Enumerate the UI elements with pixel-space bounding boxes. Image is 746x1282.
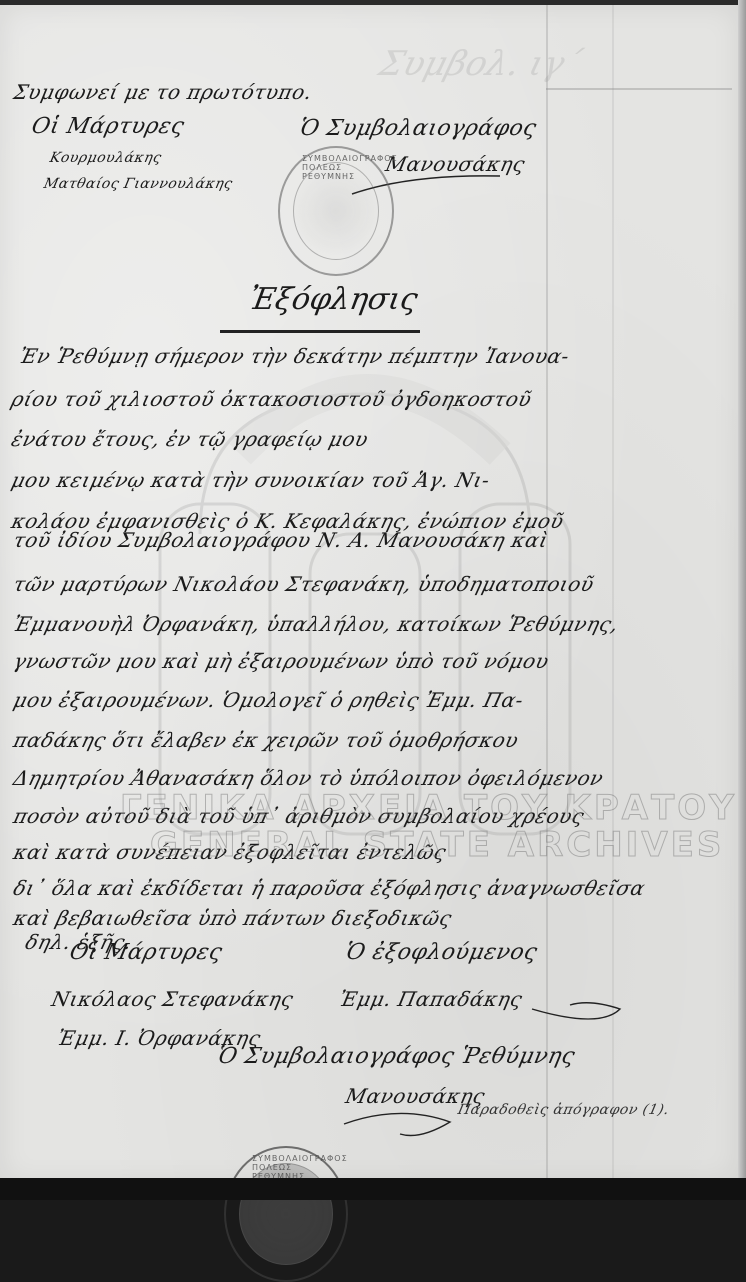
body-line-3: ἐνάτου ἔτους, ἐν τῷ γραφείῳ μου bbox=[9, 427, 371, 451]
margin-note: Παραδοθεὶς ἀπόγραφον (1). bbox=[456, 1102, 670, 1118]
witness-name-1: Κουρμουλάκης bbox=[48, 150, 163, 166]
signature-flourish-party bbox=[530, 999, 630, 1039]
scan-right-edge bbox=[738, 0, 746, 1200]
body-line-11: παδάκης ὅτι ἔλαβεν ἐκ χειρῶν τοῦ ὁμοθρήσ… bbox=[11, 728, 521, 752]
body-line-4: μου κειμένῳ κατὰ τὴν συνοικίαν τοῦ Ἁγ. Ν… bbox=[9, 468, 493, 492]
body-line-16: καὶ βεβαιωθεῖσα ὑπὸ πάντων διεξοδικῶς bbox=[11, 906, 455, 930]
notary-label-bottom: Ὁ Συμβολαιογράφος Ῥεθύμνης bbox=[215, 1044, 577, 1069]
watermark-english: GENERAL STATE ARCHIVES bbox=[150, 825, 724, 865]
signature-flourish-bottom bbox=[340, 1104, 460, 1144]
witnesses-label-top: Οἱ Μάρτυρες bbox=[29, 114, 186, 139]
document-page: Συμβολ. ιγ´ Συμφωνεί με το πρωτότυπο. Οἱ… bbox=[0, 4, 740, 1184]
seal-text-bottom: ΣΥΜΒΟΛΑΙΟΓΡΑΦΟΣ ΠΟΛΕΩΣ ΡΕΘΥΜΝΗΣ bbox=[252, 1154, 348, 1181]
witness-signature-bottom: Νικόλαος Στεφανάκης bbox=[49, 987, 295, 1011]
body-line-1: Ἐν Ῥεθύμνῃ σήμερον τὴν δεκάτην πέμπτην Ἰ… bbox=[17, 344, 572, 368]
body-line-15: δι᾽ ὅλα καὶ ἐκδίδεται ἡ παροῦσα ἐξόφλησι… bbox=[11, 876, 648, 900]
watermark-greek: ΓΕΝΙΚΑ ΑΡΧΕΙΑ ΤΟΥ ΚΡΑΤΟΥΣ bbox=[120, 788, 746, 828]
body-line-12: Δημητρίου Ἀθανασάκη ὅλον τὸ ὑπόλοιπον ὀφ… bbox=[11, 766, 606, 790]
bleed-through-rule bbox=[546, 88, 732, 90]
body-line-8: Ἐμμανουὴλ Ὀρφανάκη, ὑπαλλήλου, κατοίκων … bbox=[11, 612, 621, 636]
title-underline bbox=[220, 330, 420, 333]
bleed-through-text: Συμβολ. ιγ´ bbox=[375, 44, 586, 84]
body-line-2: ρίου τοῦ χιλιοστοῦ ὀκτακοσιοστοῦ ὀγδοηκο… bbox=[9, 387, 534, 411]
body-line-7: τῶν μαρτύρων Νικολάου Στεφανάκη, ὑποδημα… bbox=[11, 572, 597, 596]
body-line-9: γνωστῶν μου καὶ μὴ ἐξαιρουμένων ὑπὸ τοῦ … bbox=[11, 649, 552, 673]
party-label: Ὁ ἐξοφλούμενος bbox=[343, 940, 539, 965]
notary-seal-top: ΣΥΜΒΟΛΑΙΟΓΡΑΦΟΣ ΠΟΛΕΩΣ ΡΕΘΥΜΝΗΣ bbox=[278, 146, 394, 276]
witnesses-label-bottom: Οἱ Μάρτυρες bbox=[67, 940, 224, 965]
party-signature: Ἐμμ. Παπαδάκης bbox=[337, 987, 524, 1011]
scan-bottom-edge bbox=[0, 1178, 746, 1200]
closing-line: Συμφωνεί με το πρωτότυπο. bbox=[11, 80, 314, 104]
scan-top-edge bbox=[0, 0, 746, 5]
body-line-10: μου ἐξαιρουμένων. Ὁμολογεῖ ὁ ρηθεὶς Ἐμμ.… bbox=[11, 688, 526, 712]
body-line-6: τοῦ ἰδίου Συμβολαιογράφου Ν. Α. Μανουσάκ… bbox=[11, 528, 551, 552]
notary-label-top: Ὁ Συμβολαιογράφος bbox=[297, 116, 538, 141]
section-title: Ἐξόφλησις bbox=[247, 282, 420, 317]
seal-text-top: ΣΥΜΒΟΛΑΙΟΓΡΑΦΟΣ ΠΟΛΕΩΣ ΡΕΘΥΜΝΗΣ bbox=[302, 154, 398, 181]
witness-name-2: Ματθαίος Γιαννουλάκης bbox=[42, 176, 234, 192]
